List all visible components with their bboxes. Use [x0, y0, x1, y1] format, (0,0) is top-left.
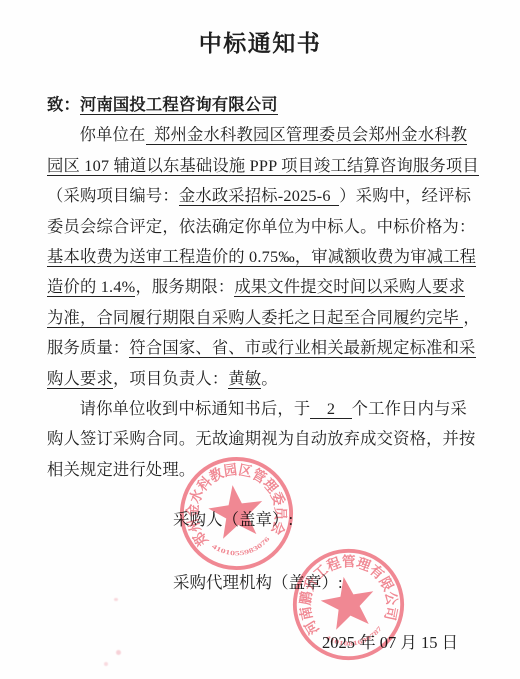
agency-seal-stamp: 河南鹏升工程管理有限公司 4101081690787	[282, 538, 415, 671]
text-segment: ，项目负责人：	[113, 369, 228, 388]
text-segment: 委员会综合评定，依法确定你单位为中标人。中标价格为：	[47, 217, 476, 236]
document-title: 中标通知书	[0, 25, 520, 58]
underlined-text: 郑州金水科教园区管理委员会郑州金水科教	[146, 125, 468, 145]
text-segment: 。	[261, 369, 277, 388]
underlined-text: 黄敏	[228, 369, 261, 389]
text-segment: ）采购中，经评标	[339, 186, 471, 205]
text-segment: 购人签订采购合同。无故逾期视为自动放弃成交资格，并按	[47, 429, 476, 448]
text-segment: 请你单位收到中标通知书后，于	[80, 399, 311, 418]
text-segment: 服务质量：	[47, 338, 129, 357]
recipient-name: 河南国投工程咨询有限公司	[80, 95, 278, 115]
body-line: 基本收费为送审工程造价的 0.75‰，审减额收费为审减工程	[47, 242, 475, 272]
recipient-label: 致：	[47, 95, 80, 114]
underlined-text: 符合国家、省、市或行业相关最新规定标准和采	[129, 338, 475, 358]
document-page: 中标通知书 致：河南国投工程咨询有限公司 你单位在 郑州金水科教园区管理委员会郑…	[0, 0, 520, 679]
scan-artifact	[116, 650, 121, 655]
underlined-text: 基本收费为送审工程造价的 0.75‰，审减额收费为审减工程	[47, 247, 476, 267]
text-segment: ，	[463, 308, 479, 327]
body-line: 为准，合同履行期限自采购人委托之日起至合同履约完毕 ，	[47, 303, 475, 333]
underlined-text: 为准，合同履行期限自采购人委托之日起至合同履约完毕	[47, 308, 463, 328]
underlined-text: 园区 107 辅道以东基础设施 PPP 项目竣工结算咨询服务项目	[47, 156, 479, 176]
agency-seal-graphic: 河南鹏升工程管理有限公司 4101081690787	[282, 538, 415, 671]
body-line: 购人要求，项目负责人：黄敏。	[47, 364, 475, 394]
body-text: 致：河南国投工程咨询有限公司 你单位在 郑州金水科教园区管理委员会郑州金水科教园…	[47, 90, 475, 485]
body-line: 请你单位收到中标通知书后，于 2 个工作日内与采	[47, 394, 475, 424]
text-segment: 你单位在	[80, 125, 146, 144]
underlined-text: 2	[310, 399, 351, 419]
body-line: 园区 107 辅道以东基础设施 PPP 项目竣工结算咨询服务项目	[47, 151, 475, 181]
body-line: 造价的 1.4%，服务期限：成果文件提交时间以采购人要求	[47, 272, 475, 302]
underlined-text: 造价的 1.4%	[47, 277, 135, 297]
star-icon	[317, 572, 378, 631]
scan-artifact	[104, 662, 108, 666]
text-segment: ，服务期限：	[135, 277, 234, 296]
star-icon	[206, 481, 267, 540]
text-segment: 个工作日内与采	[352, 399, 467, 418]
underlined-text: 购人要求	[47, 369, 113, 389]
scan-artifact	[114, 598, 118, 601]
recipient-line: 致：河南国投工程咨询有限公司	[47, 90, 475, 120]
seal-number: 4101055983076	[210, 534, 274, 561]
text-segment: （采购项目编号：	[47, 186, 179, 205]
body-line: 委员会综合评定，依法确定你单位为中标人。中标价格为：	[47, 212, 475, 242]
underlined-text: 金水政采招标-2025-6	[179, 186, 339, 206]
body-line: 服务质量：符合国家、省、市或行业相关最新规定标准和采	[47, 333, 475, 363]
body-paragraphs: 你单位在 郑州金水科教园区管理委员会郑州金水科教园区 107 辅道以东基础设施 …	[47, 120, 475, 485]
body-line: 你单位在 郑州金水科教园区管理委员会郑州金水科教	[47, 120, 475, 150]
body-line: （采购项目编号：金水政采招标-2025-6 ）采购中，经评标	[47, 181, 475, 211]
underlined-text: 成果文件提交时间以采购人要求	[234, 277, 465, 297]
